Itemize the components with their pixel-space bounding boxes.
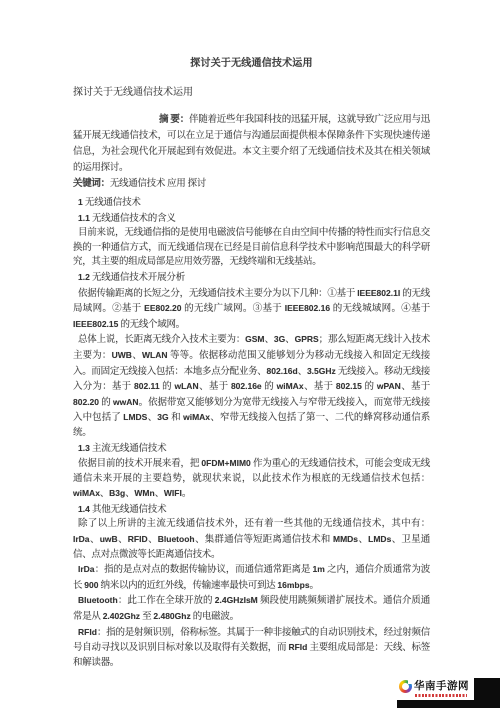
section-heading-1-1: 1.1 无线通信技术的含义 [73,211,430,227]
document-body: 探讨关于无线通信技术运用 探讨关于无线通信技术运用 摘 要：伴随着近些年我国科技… [73,57,430,670]
body-paragraph: 目前来说，无线通信指的是使用电磁波信号能够在自由空间中传播的特性而实行信息交换的… [73,226,430,270]
body-paragraph: IrDa：指的是点对点的数据传输协议，而通信通常距离是 1m 之内，通信介质通常… [73,562,430,593]
body-paragraph: 依据目前的技术开展来看，把 0FDM+MIM0 作为重心的无线通信技术，可能会变… [73,456,430,502]
body-paragraph: 总体上说，长距离无线介入技术主要为：GSM、3G、GPRS；那么短距离无线计入技… [73,332,430,440]
abstract-text: 伴随着近些年我国科技的迅猛开展，这就导致广泛应用与迅猛开展无线通信技术，可以在立… [73,115,430,173]
section-heading-1-2: 1.2 无线通信技术开展分析 [73,270,430,286]
page-subtitle: 探讨关于无线通信技术运用 [73,86,430,100]
body-paragraph: 除了以上所讲的主流无线通信技术外，还有着一些其他的无线通信技术，其中有：IrDa… [73,517,430,562]
body-paragraph: 依据传输距离的长短之分，无线通信技术主要分为以下几种：①基于 IEEE802.1… [73,286,430,333]
watermark-corner: 华南手游网 [397,678,500,708]
abstract-paragraph: 摘 要：伴随着近些年我国科技的迅猛开展，这就导致广泛应用与迅猛开展无线通信技术，… [73,112,430,176]
watermark-subtext-strip [415,694,467,697]
body-paragraph: RFId：指的是射频识别，俗称标签。其属于一种非接触式的自动识别技术，经过射频信… [73,625,430,671]
body-paragraph: Bluetooth：此工作在全球开放的 2.4GHzIsM 频段使用跳频频谱扩展… [73,593,430,624]
page-title: 探讨关于无线通信技术运用 [73,57,430,71]
scanned-document-page: { "page": { "title": "探讨关于无线通信技术运用", "su… [0,0,500,708]
section-heading-1-4: 1.4 其他无线通信技术 [73,502,430,518]
watermark-row: 华南手游网 [399,680,472,693]
keywords-text: 无线通信技术 应用 探讨 [110,179,206,189]
keywords-line: 关键词：无线通信技术 应用 探讨 [73,176,430,192]
huanan-logo-icon [399,680,412,693]
watermark-site-name: 华南手游网 [414,680,469,693]
abstract-label: 摘 要： [159,115,189,125]
section-heading-1: 1 无线通信技术 [73,195,430,211]
section-heading-1-3: 1.3 主流无线通信技术 [73,441,430,457]
keywords-label: 关键词： [73,179,110,189]
watermark-card: 华南手游网 [397,678,474,700]
